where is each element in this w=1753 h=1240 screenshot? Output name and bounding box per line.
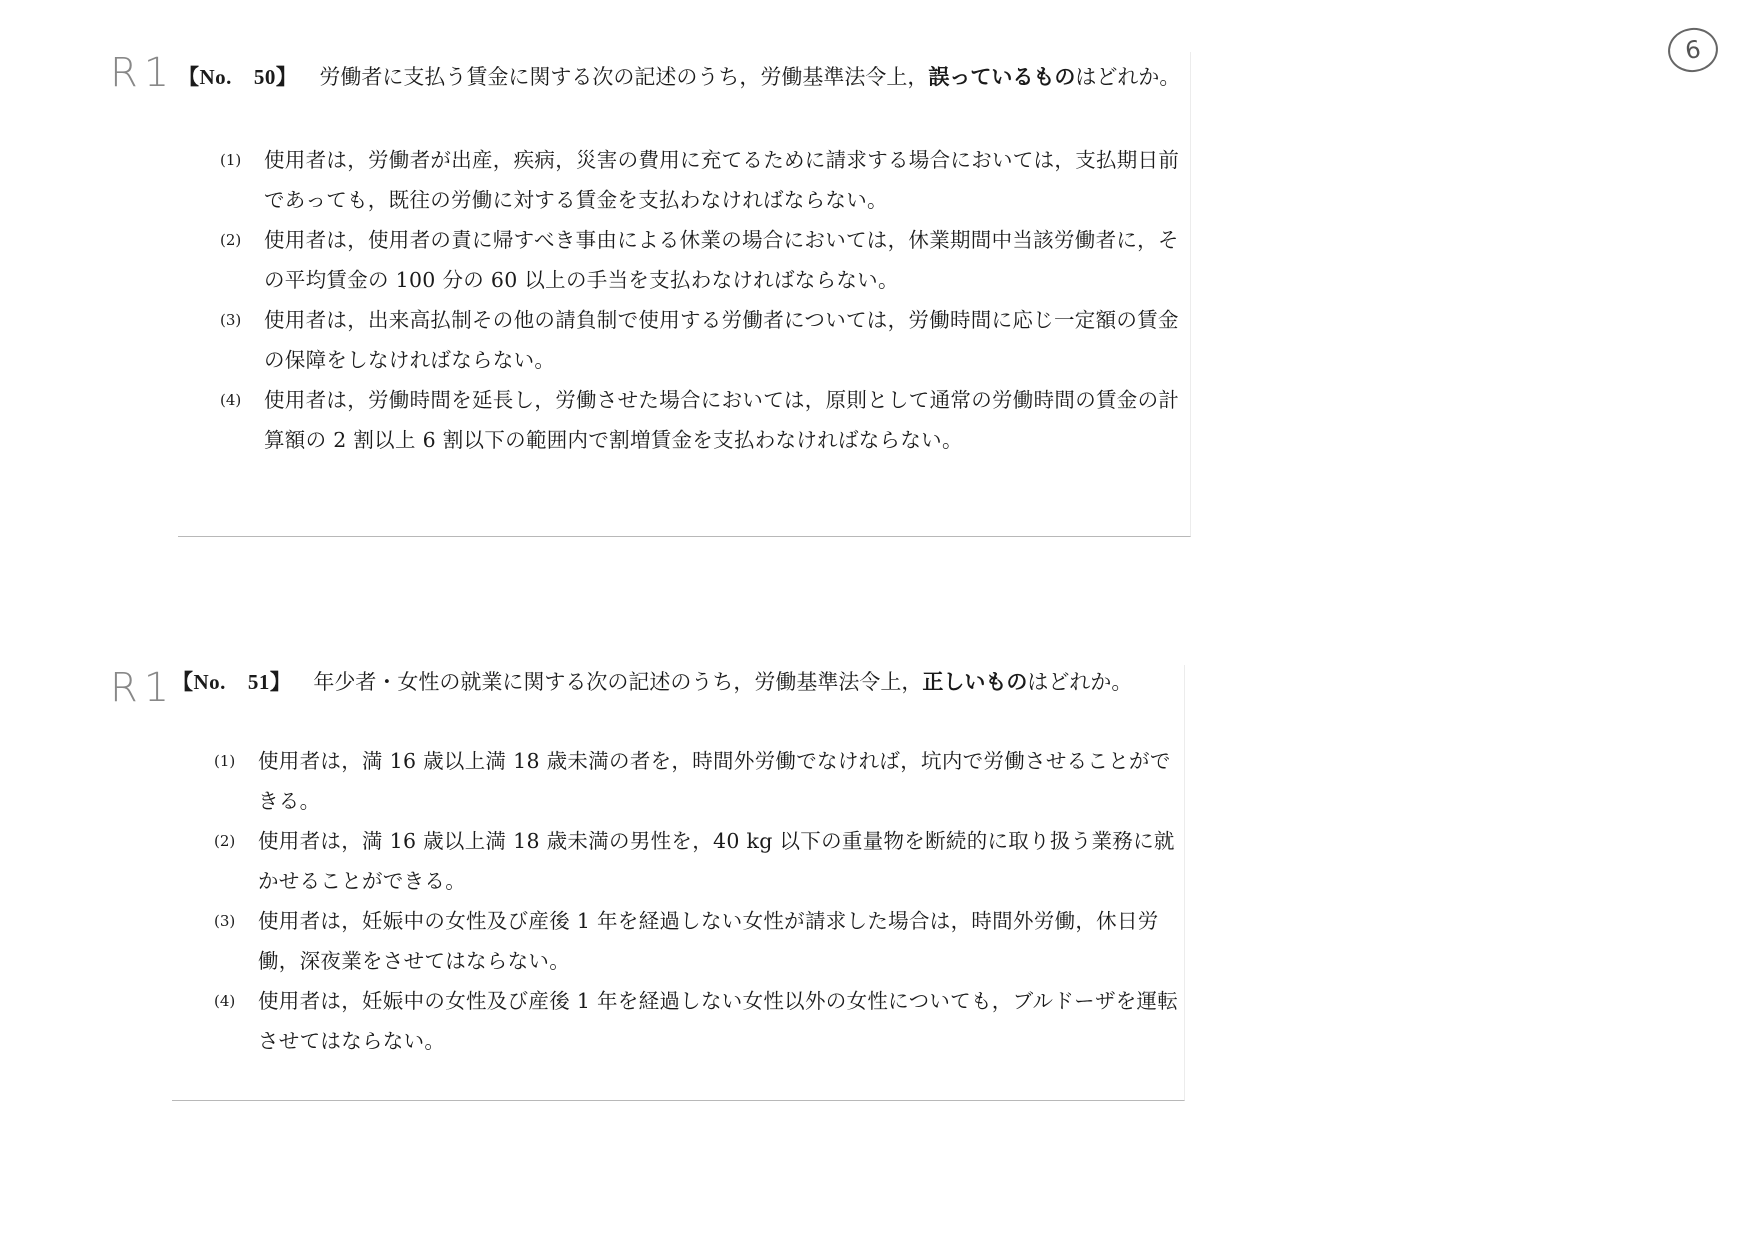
choice-text: 使用者は，満 16 歳以上満 18 歳未満の男性を，40 kg 以下の重量物を断… <box>258 821 1184 901</box>
choice-item[interactable]: (3) 使用者は，妊娠中の女性及び産後 1 年を経過しない女性が請求した場合は，… <box>212 901 1184 981</box>
choice-item[interactable]: (3) 使用者は，出来高払制その他の請負制で使用する労働者については，労働時間に… <box>218 300 1190 380</box>
choice-text: 使用者は，満 16 歳以上満 18 歳未満の者を，時間外労働でなければ，坑内で労… <box>258 741 1184 821</box>
question-header: 【No.51】 年少者・女性の就業に関する次の記述のうち，労働基準法令上，正しい… <box>172 665 1184 699</box>
stem-text: 年少者・女性の就業に関する次の記述のうち，労働基準法令上， <box>313 670 922 694</box>
choice-list: (1) 使用者は，満 16 歳以上満 18 歳未満の者を，時間外労働でなければ，… <box>172 741 1184 1061</box>
choice-number: (2) <box>218 220 264 260</box>
choice-item[interactable]: (4) 使用者は，労働時間を延長し，労働させた場合においては，原則として通常の労… <box>218 380 1190 460</box>
stem-text: 労働者に支払う賃金に関する次の記述のうち，労働基準法令上， <box>319 65 928 89</box>
question-label-prefix: 【No. <box>172 670 226 694</box>
question-stem: 年少者・女性の就業に関する次の記述のうち，労働基準法令上，正しいものはどれか。 <box>313 665 1184 699</box>
question-stem: 労働者に支払う賃金に関する次の記述のうち，労働基準法令上，誤っているものはどれか… <box>319 60 1190 94</box>
page-number-mark: 6 <box>1665 25 1721 76</box>
choice-number: (3) <box>212 901 258 941</box>
choice-list: (1) 使用者は，労働者が出産，疾病，災害の費用に充てるために請求する場合におい… <box>178 140 1190 460</box>
choice-number: (1) <box>218 140 264 180</box>
choice-number: (4) <box>212 981 258 1021</box>
choice-number: (3) <box>218 300 264 340</box>
choice-item[interactable]: (1) 使用者は，労働者が出産，疾病，災害の費用に充てるために請求する場合におい… <box>218 140 1190 220</box>
question-50: 【No.50】 労働者に支払う賃金に関する次の記述のうち，労働基準法令上，誤って… <box>178 52 1191 537</box>
choice-text: 使用者は，妊娠中の女性及び産後 1 年を経過しない女性以外の女性についても，ブル… <box>258 981 1184 1061</box>
stem-emphasis: 正しいもの <box>922 670 1027 694</box>
stem-text-end: はどれか。 <box>1075 65 1180 89</box>
stem-emphasis: 誤っているもの <box>928 65 1075 89</box>
choice-item[interactable]: (1) 使用者は，満 16 歳以上満 18 歳未満の者を，時間外労働でなければ，… <box>212 741 1184 821</box>
question-number: 【No.51】 <box>172 665 291 699</box>
question-label-prefix: 【No. <box>178 65 232 89</box>
stem-text-end: はどれか。 <box>1027 670 1132 694</box>
choice-text: 使用者は，妊娠中の女性及び産後 1 年を経過しない女性が請求した場合は，時間外労… <box>258 901 1184 981</box>
question-label-number: 50】 <box>254 65 298 89</box>
question-number: 【No.50】 <box>178 60 297 94</box>
choice-item[interactable]: (4) 使用者は，妊娠中の女性及び産後 1 年を経過しない女性以外の女性について… <box>212 981 1184 1061</box>
question-label-number: 51】 <box>248 670 292 694</box>
choice-text: 使用者は，労働時間を延長し，労働させた場合においては，原則として通常の労働時間の… <box>264 380 1190 460</box>
choice-text: 使用者は，出来高払制その他の請負制で使用する労働者については，労働時間に応じ一定… <box>264 300 1190 380</box>
question-header: 【No.50】 労働者に支払う賃金に関する次の記述のうち，労働基準法令上，誤って… <box>178 52 1190 94</box>
handwritten-annotation-q51: R1 <box>110 665 175 711</box>
question-51: 【No.51】 年少者・女性の就業に関する次の記述のうち，労働基準法令上，正しい… <box>172 665 1185 1101</box>
choice-item[interactable]: (2) 使用者は，使用者の責に帰すべき事由による休業の場合においては，休業期間中… <box>218 220 1190 300</box>
choice-item[interactable]: (2) 使用者は，満 16 歳以上満 18 歳未満の男性を，40 kg 以下の重… <box>212 821 1184 901</box>
choice-text: 使用者は，使用者の責に帰すべき事由による休業の場合においては，休業期間中当該労働… <box>264 220 1190 300</box>
choice-text: 使用者は，労働者が出産，疾病，災害の費用に充てるために請求する場合においては，支… <box>264 140 1190 220</box>
choice-number: (4) <box>218 380 264 420</box>
handwritten-annotation-q50: R1 <box>110 50 175 96</box>
page-number-text: 6 <box>1683 35 1702 65</box>
choice-number: (1) <box>212 741 258 781</box>
choice-number: (2) <box>212 821 258 861</box>
